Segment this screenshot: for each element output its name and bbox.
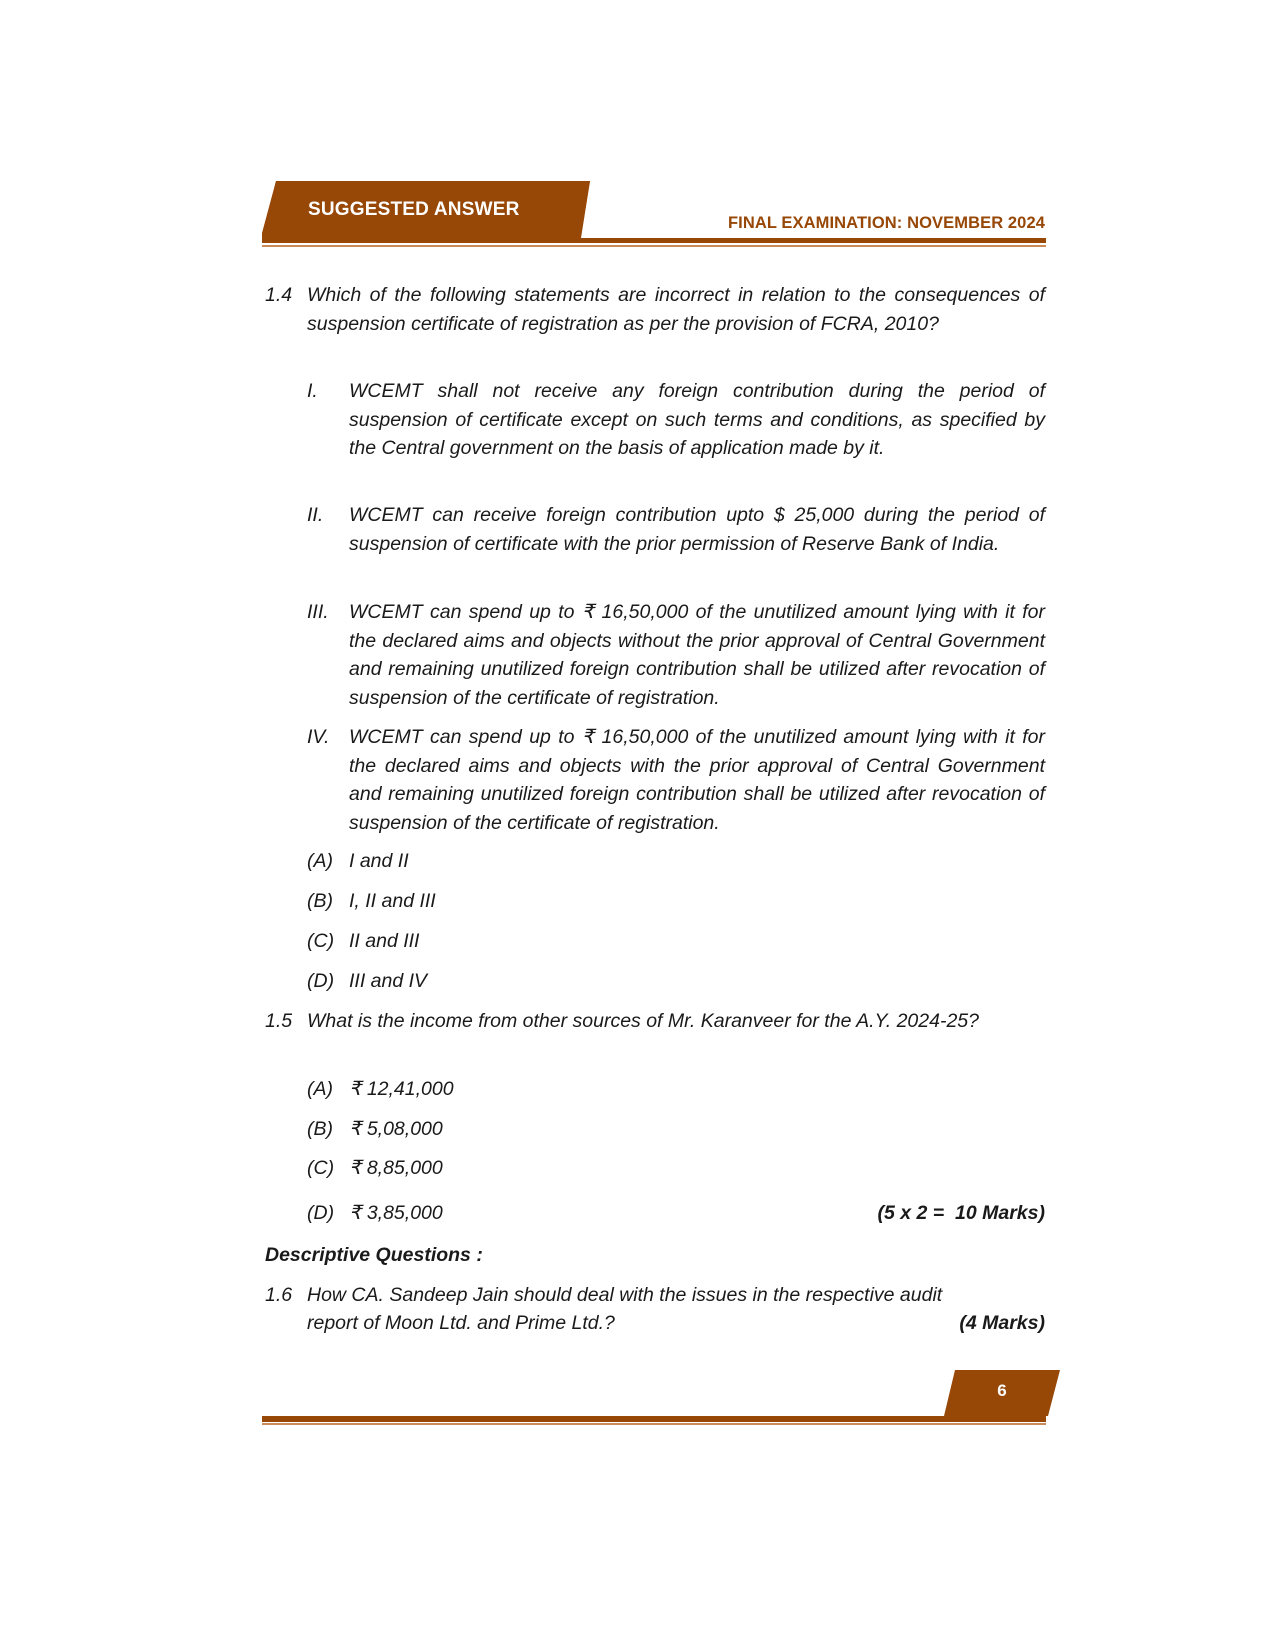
question-text-line: report of Moon Ltd. and Prime Ltd.?: [307, 1309, 615, 1338]
statement-text: WCEMT can spend up to ₹ 16,50,000 of the…: [349, 598, 1045, 712]
option-text: II and III: [349, 927, 419, 956]
statement-label: I.: [307, 377, 318, 406]
option-text: I and II: [349, 847, 409, 876]
footer-page-tab: 6: [944, 1370, 1060, 1416]
question-number: 1.5: [265, 1007, 292, 1036]
option-text: ₹ 5,08,000: [349, 1115, 443, 1144]
question-text-line: How CA. Sandeep Jain should deal with th…: [307, 1281, 942, 1310]
header-rule-thin: [262, 245, 1046, 247]
header-rule: [262, 238, 1046, 243]
question-number: 1.6: [265, 1281, 292, 1310]
document-page: SUGGESTED ANSWER FINAL EXAMINATION: NOVE…: [0, 0, 1275, 1650]
section-heading: Descriptive Questions :: [265, 1241, 483, 1270]
footer-rule: [262, 1416, 1046, 1422]
option-text: III and IV: [349, 967, 427, 996]
option-text: ₹ 12,41,000: [349, 1075, 454, 1104]
option-label: (D): [307, 1199, 334, 1228]
option-label: (D): [307, 967, 334, 996]
option-label: (B): [307, 887, 333, 916]
question-number: 1.4: [265, 281, 292, 310]
question-text: What is the income from other sources of…: [307, 1007, 1045, 1036]
statement-label: II.: [307, 501, 323, 530]
option-text: I, II and III: [349, 887, 436, 916]
statement-text: WCEMT can receive foreign contribution u…: [349, 501, 1045, 558]
option-label: (C): [307, 927, 334, 956]
statement-text: WCEMT shall not receive any foreign cont…: [349, 377, 1045, 463]
option-text: ₹ 8,85,000: [349, 1154, 443, 1183]
option-label: (C): [307, 1154, 334, 1183]
header-tab: SUGGESTED ANSWER: [262, 181, 592, 242]
question-text: Which of the following statements are in…: [307, 281, 1045, 338]
statement-text: WCEMT can spend up to ₹ 16,50,000 of the…: [349, 723, 1045, 837]
header-tab-label: SUGGESTED ANSWER: [308, 199, 520, 221]
statement-label: III.: [307, 598, 329, 627]
option-label: (B): [307, 1115, 333, 1144]
option-text: ₹ 3,85,000: [349, 1199, 443, 1228]
page-number: 6: [944, 1381, 1060, 1401]
footer-rule-thin: [262, 1423, 1046, 1425]
statement-label: IV.: [307, 723, 329, 752]
exam-title: FINAL EXAMINATION: NOVEMBER 2024: [728, 214, 1045, 233]
option-label: (A): [307, 1075, 333, 1104]
marks-label: (5 x 2 = 10 Marks): [878, 1199, 1045, 1228]
option-label: (A): [307, 847, 333, 876]
marks-label: (4 Marks): [959, 1309, 1045, 1338]
